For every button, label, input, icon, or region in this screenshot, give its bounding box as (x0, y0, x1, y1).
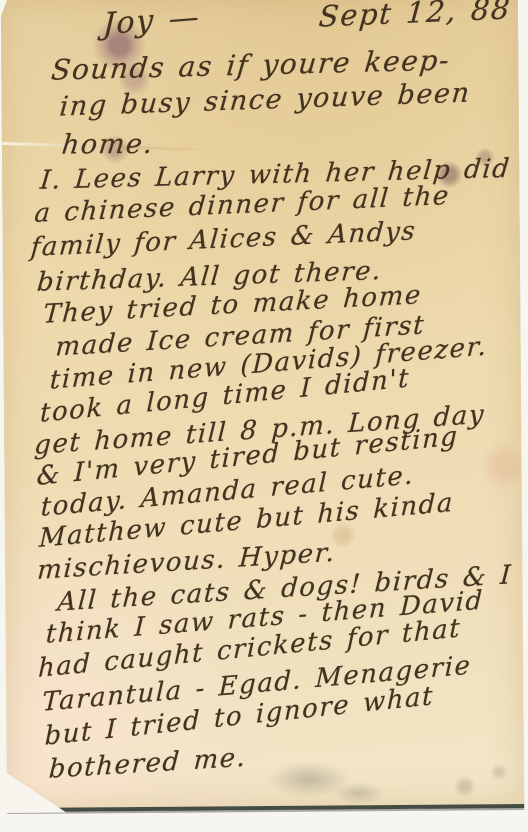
scanned-letter: Joy — Sept 12, 88 Sounds as if youre kee… (0, 0, 528, 832)
letter-line: bothered me. (48, 743, 248, 785)
letter-paper: Joy — Sept 12, 88 Sounds as if youre kee… (1, 0, 524, 812)
letter-line: home. (60, 129, 155, 161)
letter-salutation: Joy — (102, 0, 201, 42)
letter-date: Sept 12, 88 (318, 0, 513, 34)
paper-corner-sliver (0, 0, 8, 24)
